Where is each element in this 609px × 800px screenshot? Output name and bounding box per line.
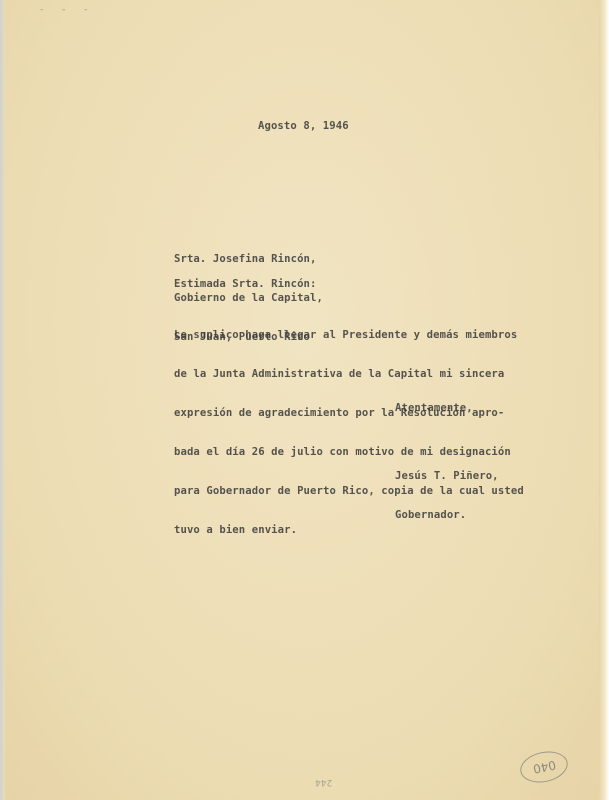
closing: Atentamente, <box>395 402 473 415</box>
letter-page: - - - Agosto 8, 1946 Srta. Josefina Rinc… <box>0 0 609 800</box>
pencil-number-text: 040 <box>531 758 556 776</box>
body-line: Le suplico haga llegar al Presidente y d… <box>174 329 524 342</box>
address-line: Srta. Josefina Rincón, <box>174 253 323 266</box>
top-punch-marks: - - - <box>40 5 95 15</box>
salutation: Estimada Srta. Rincón: <box>174 278 317 291</box>
page-left-edge <box>0 0 5 800</box>
signer-title: Gobernador. <box>395 509 499 522</box>
body-line: de la Junta Administrativa de la Capital… <box>174 368 524 381</box>
pencil-circled-number: 040 <box>517 747 570 786</box>
signer-name: Jesús T. Piñero, <box>395 470 499 483</box>
signature-block: Jesús T. Piñero, Gobernador. <box>395 444 499 548</box>
page-right-edge <box>599 0 609 800</box>
letter-date: Agosto 8, 1946 <box>258 120 349 133</box>
pencil-small-number: 244 <box>315 777 332 787</box>
